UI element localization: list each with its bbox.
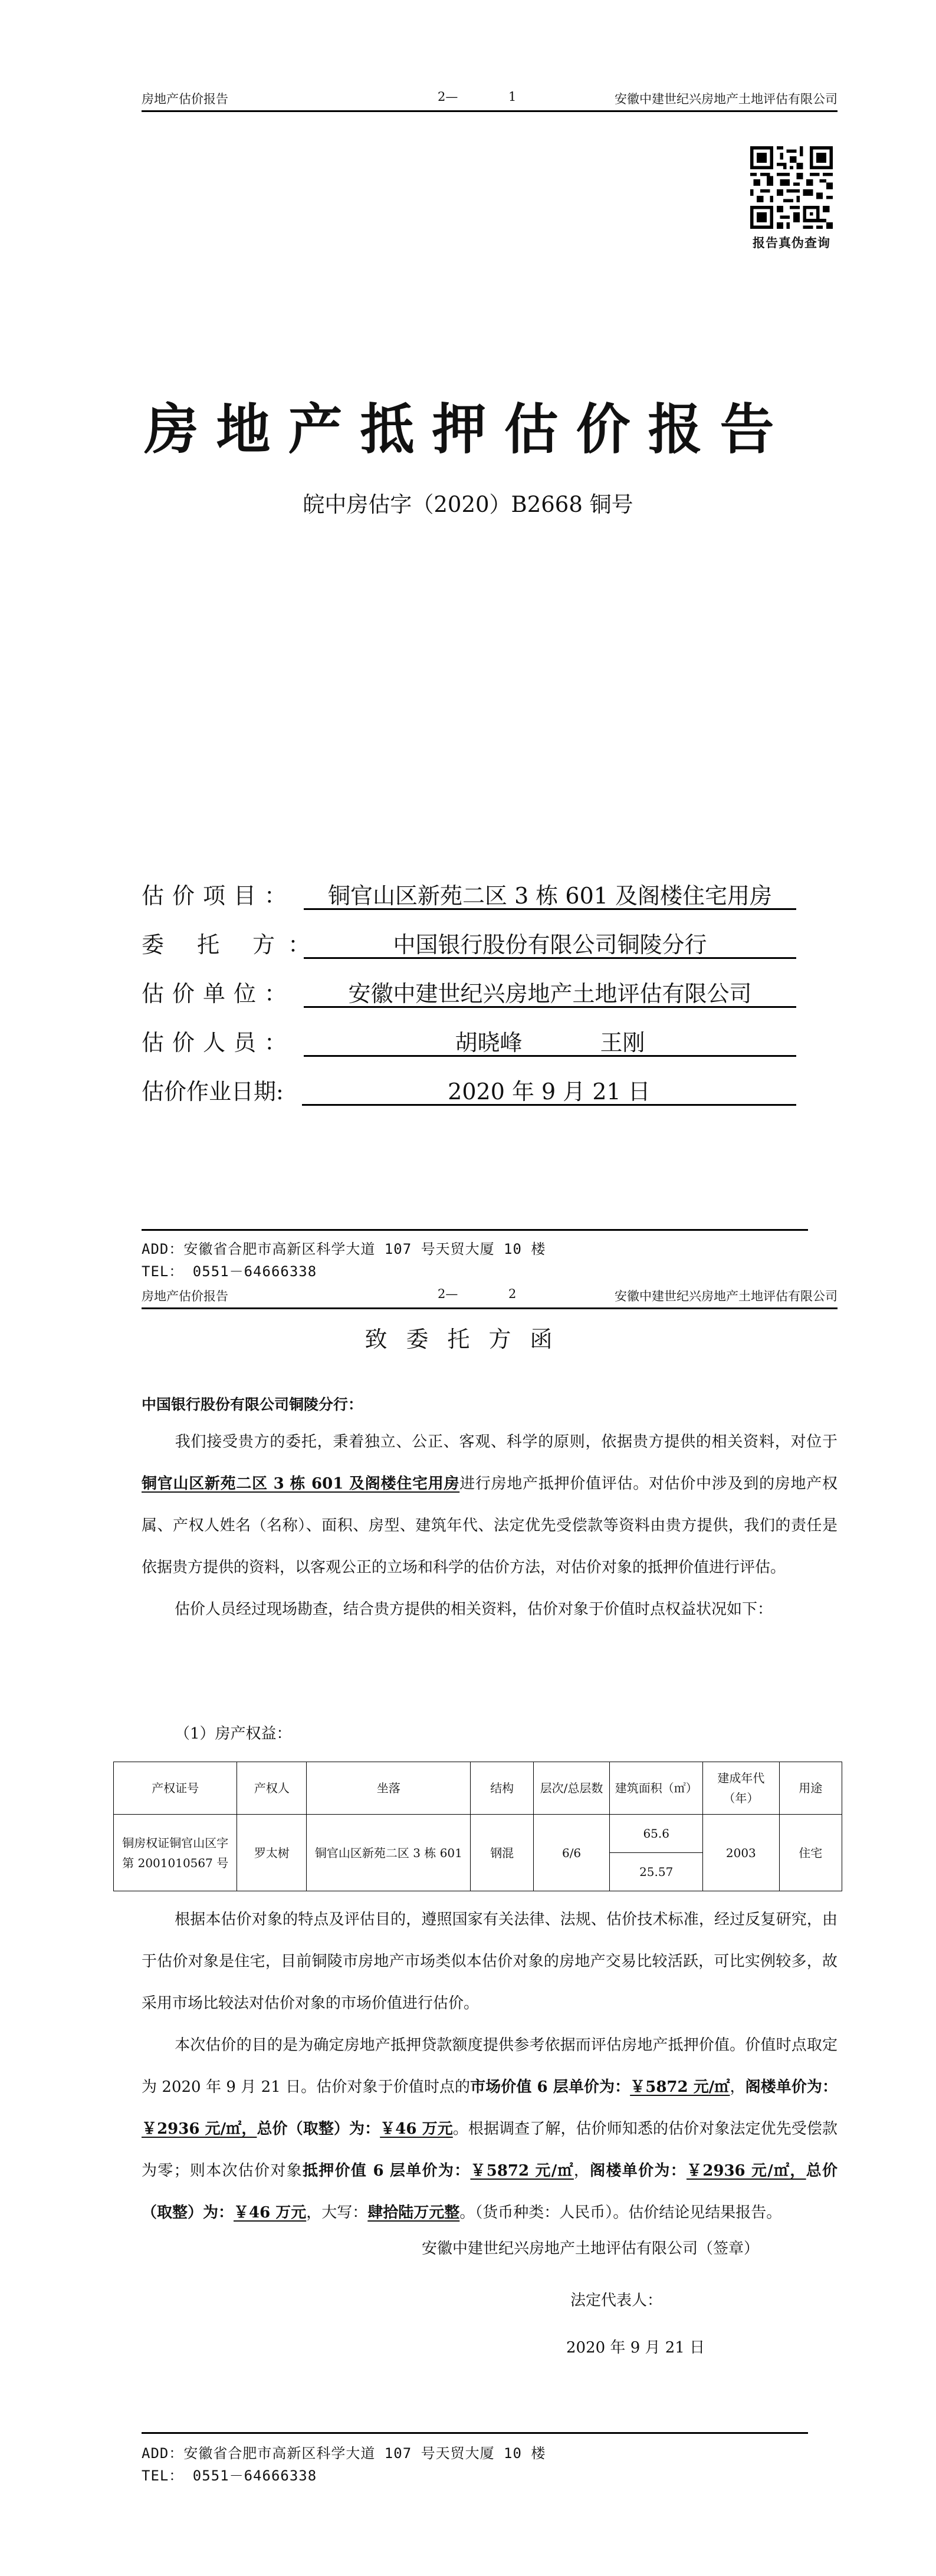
footer-address: ADD：安徽省合肥市高新区科学大道 107 号天贸大厦 10 楼 (142, 2442, 546, 2462)
cell-cert-no: 铜房权证铜官山区字第 2001010567 号 (114, 1815, 237, 1891)
field-value: 中国银行股份有限公司铜陵分行 (304, 926, 796, 959)
field-label: 估价作业日期: (142, 1073, 284, 1106)
header-page-total: 2— (438, 90, 458, 104)
header-page-number: 1 (508, 90, 516, 104)
market-unit-price: ￥5872 元/㎡ (630, 2078, 730, 2096)
page-header: 房地产估价报告 2— 1 安徽中建世纪兴房地产土地评估有限公司 (142, 83, 838, 112)
field-appraisal-unit: 估价单位： 安徽中建世纪兴房地产土地评估有限公司 (142, 975, 796, 1011)
section-label-rights: （1）房产权益： (142, 1713, 871, 1755)
cover-page: 房地产估价报告 2— 1 安徽中建世纪兴房地产土地评估有限公司 (0, 0, 936, 1286)
letter-paragraph-4: 本次估价的目的是为确定房地产抵押贷款额度提供参考依据而评估房地产抵押价值。价值时… (142, 2025, 838, 2234)
report-number: 皖中房估字（2020）B2668 铜号 (0, 487, 936, 518)
property-name: 铜官山区新苑二区 3 栋 601 及阁楼住宅用房 (142, 1475, 459, 1493)
field-label: 估价单位： (142, 975, 295, 1008)
cell-structure: 钢混 (471, 1815, 533, 1891)
mortgage-unit-price: ￥5872 元/㎡ (470, 2162, 573, 2180)
letter-title: 致委托方函 (0, 1321, 936, 1353)
th-cert-no: 产权证号 (114, 1762, 237, 1815)
letter-addressee: 中国银行股份有限公司铜陵分行： (142, 1393, 363, 1414)
th-location: 坐落 (307, 1762, 471, 1815)
th-year: 建成年代（年） (703, 1762, 779, 1815)
header-report-type: 房地产估价报告 (142, 90, 228, 107)
page-header: 房地产估价报告 2— 2 安徽中建世纪兴房地产土地评估有限公司 (142, 1280, 838, 1309)
letter-paragraph-1: 我们接受贵方的委托，秉着独立、公正、客观、科学的原则，依据贵方提供的相关资料，对… (142, 1421, 838, 1589)
field-value: 胡晓峰 王刚 (304, 1024, 796, 1057)
field-label: 委 托 方： (142, 926, 323, 959)
letter-paragraph-2: 估价人员经过现场勘查，结合贵方提供的相关资料，估价对象于价值时点权益状况如下： (142, 1589, 838, 1631)
th-owner: 产权人 (237, 1762, 307, 1815)
cell-location: 铜官山区新苑二区 3 栋 601 (307, 1815, 471, 1891)
th-structure: 结构 (471, 1762, 533, 1815)
field-label: 估价人员： (142, 1024, 295, 1057)
field-appraisal-date: 估价作业日期: 2020 年 9 月 21 日 (142, 1073, 796, 1109)
cell-area-attic: 25.57 (610, 1853, 703, 1891)
mortgage-total-price: ￥46 万元 (234, 2204, 306, 2222)
footer-address: ADD：安徽省合肥市高新区科学大道 107 号天贸大厦 10 楼 (142, 1237, 546, 1258)
footer-phone: TEL： 0551－64666338 (142, 2464, 317, 2485)
cell-year: 2003 (703, 1815, 779, 1891)
qr-verification[interactable]: 报告真伪查询 (748, 146, 835, 251)
letter-paragraph-3: 根据本估价对象的特点及评估目的，遵照国家有关法律、法规、估价技术标准，经过反复研… (142, 1899, 838, 2025)
header-page-total: 2— (438, 1287, 458, 1301)
th-use: 用途 (779, 1762, 842, 1815)
table-row: 铜房权证铜官山区字第 2001010567 号 罗太树 铜官山区新苑二区 3 栋… (114, 1815, 842, 1853)
property-rights-table: 产权证号 产权人 坐落 结构 层次/总层数 建筑面积（㎡） 建成年代（年） 用途… (113, 1762, 842, 1891)
field-label: 估价项目： (142, 878, 295, 910)
appraiser-name: 胡晓峰 (455, 1024, 522, 1057)
market-total-price: ￥46 万元 (380, 2120, 453, 2138)
header-page-number: 2 (508, 1287, 516, 1301)
table-header-row: 产权证号 产权人 坐落 结构 层次/总层数 建筑面积（㎡） 建成年代（年） 用途 (114, 1762, 842, 1815)
th-area: 建筑面积（㎡） (610, 1762, 703, 1815)
footer-rule (142, 1229, 808, 1231)
field-client: 委 托 方： 中国银行股份有限公司铜陵分行 (142, 926, 796, 962)
report-title: 房地产抵押估价报告 (0, 386, 936, 464)
appraiser-name: 王刚 (600, 1024, 645, 1057)
legal-representative: 法定代表人： (570, 2288, 662, 2310)
header-rule (142, 110, 838, 112)
field-value: 2020 年 9 月 21 日 (302, 1073, 796, 1106)
th-floor: 层次/总层数 (533, 1762, 609, 1815)
header-company: 安徽中建世纪兴房地产土地评估有限公司 (615, 90, 838, 107)
footer-phone: TEL： 0551－64666338 (142, 1260, 317, 1280)
header-rule (142, 1307, 838, 1309)
qr-code-icon[interactable] (750, 146, 833, 229)
cell-owner: 罗太树 (237, 1815, 307, 1891)
field-value: 铜官山区新苑二区 3 栋 601 及阁楼住宅用房 (304, 878, 796, 910)
mortgage-total-in-words: 肆拾陆万元整 (367, 2204, 459, 2222)
field-appraisal-project: 估价项目： 铜官山区新苑二区 3 栋 601 及阁楼住宅用房 (142, 878, 796, 913)
header-report-type: 房地产估价报告 (142, 1287, 228, 1305)
mortgage-attic-price: ￥2936 元/㎡， (687, 2162, 806, 2180)
header-company: 安徽中建世纪兴房地产土地评估有限公司 (615, 1287, 838, 1305)
cell-floor: 6/6 (533, 1815, 609, 1891)
qr-label: 报告真伪查询 (748, 234, 835, 251)
field-value: 安徽中建世纪兴房地产土地评估有限公司 (304, 975, 796, 1008)
cell-use: 住宅 (779, 1815, 842, 1891)
field-appraisers: 估价人员： 胡晓峰 王刚 (142, 1024, 796, 1060)
cell-area-main: 65.6 (610, 1815, 703, 1853)
market-attic-price: ￥2936 元/㎡， (142, 2120, 257, 2138)
letter-date: 2020 年 9 月 21 日 (566, 2335, 705, 2357)
signature-company: 安徽中建世纪兴房地产土地评估有限公司（签章） (422, 2236, 759, 2258)
footer-rule (142, 2432, 808, 2434)
